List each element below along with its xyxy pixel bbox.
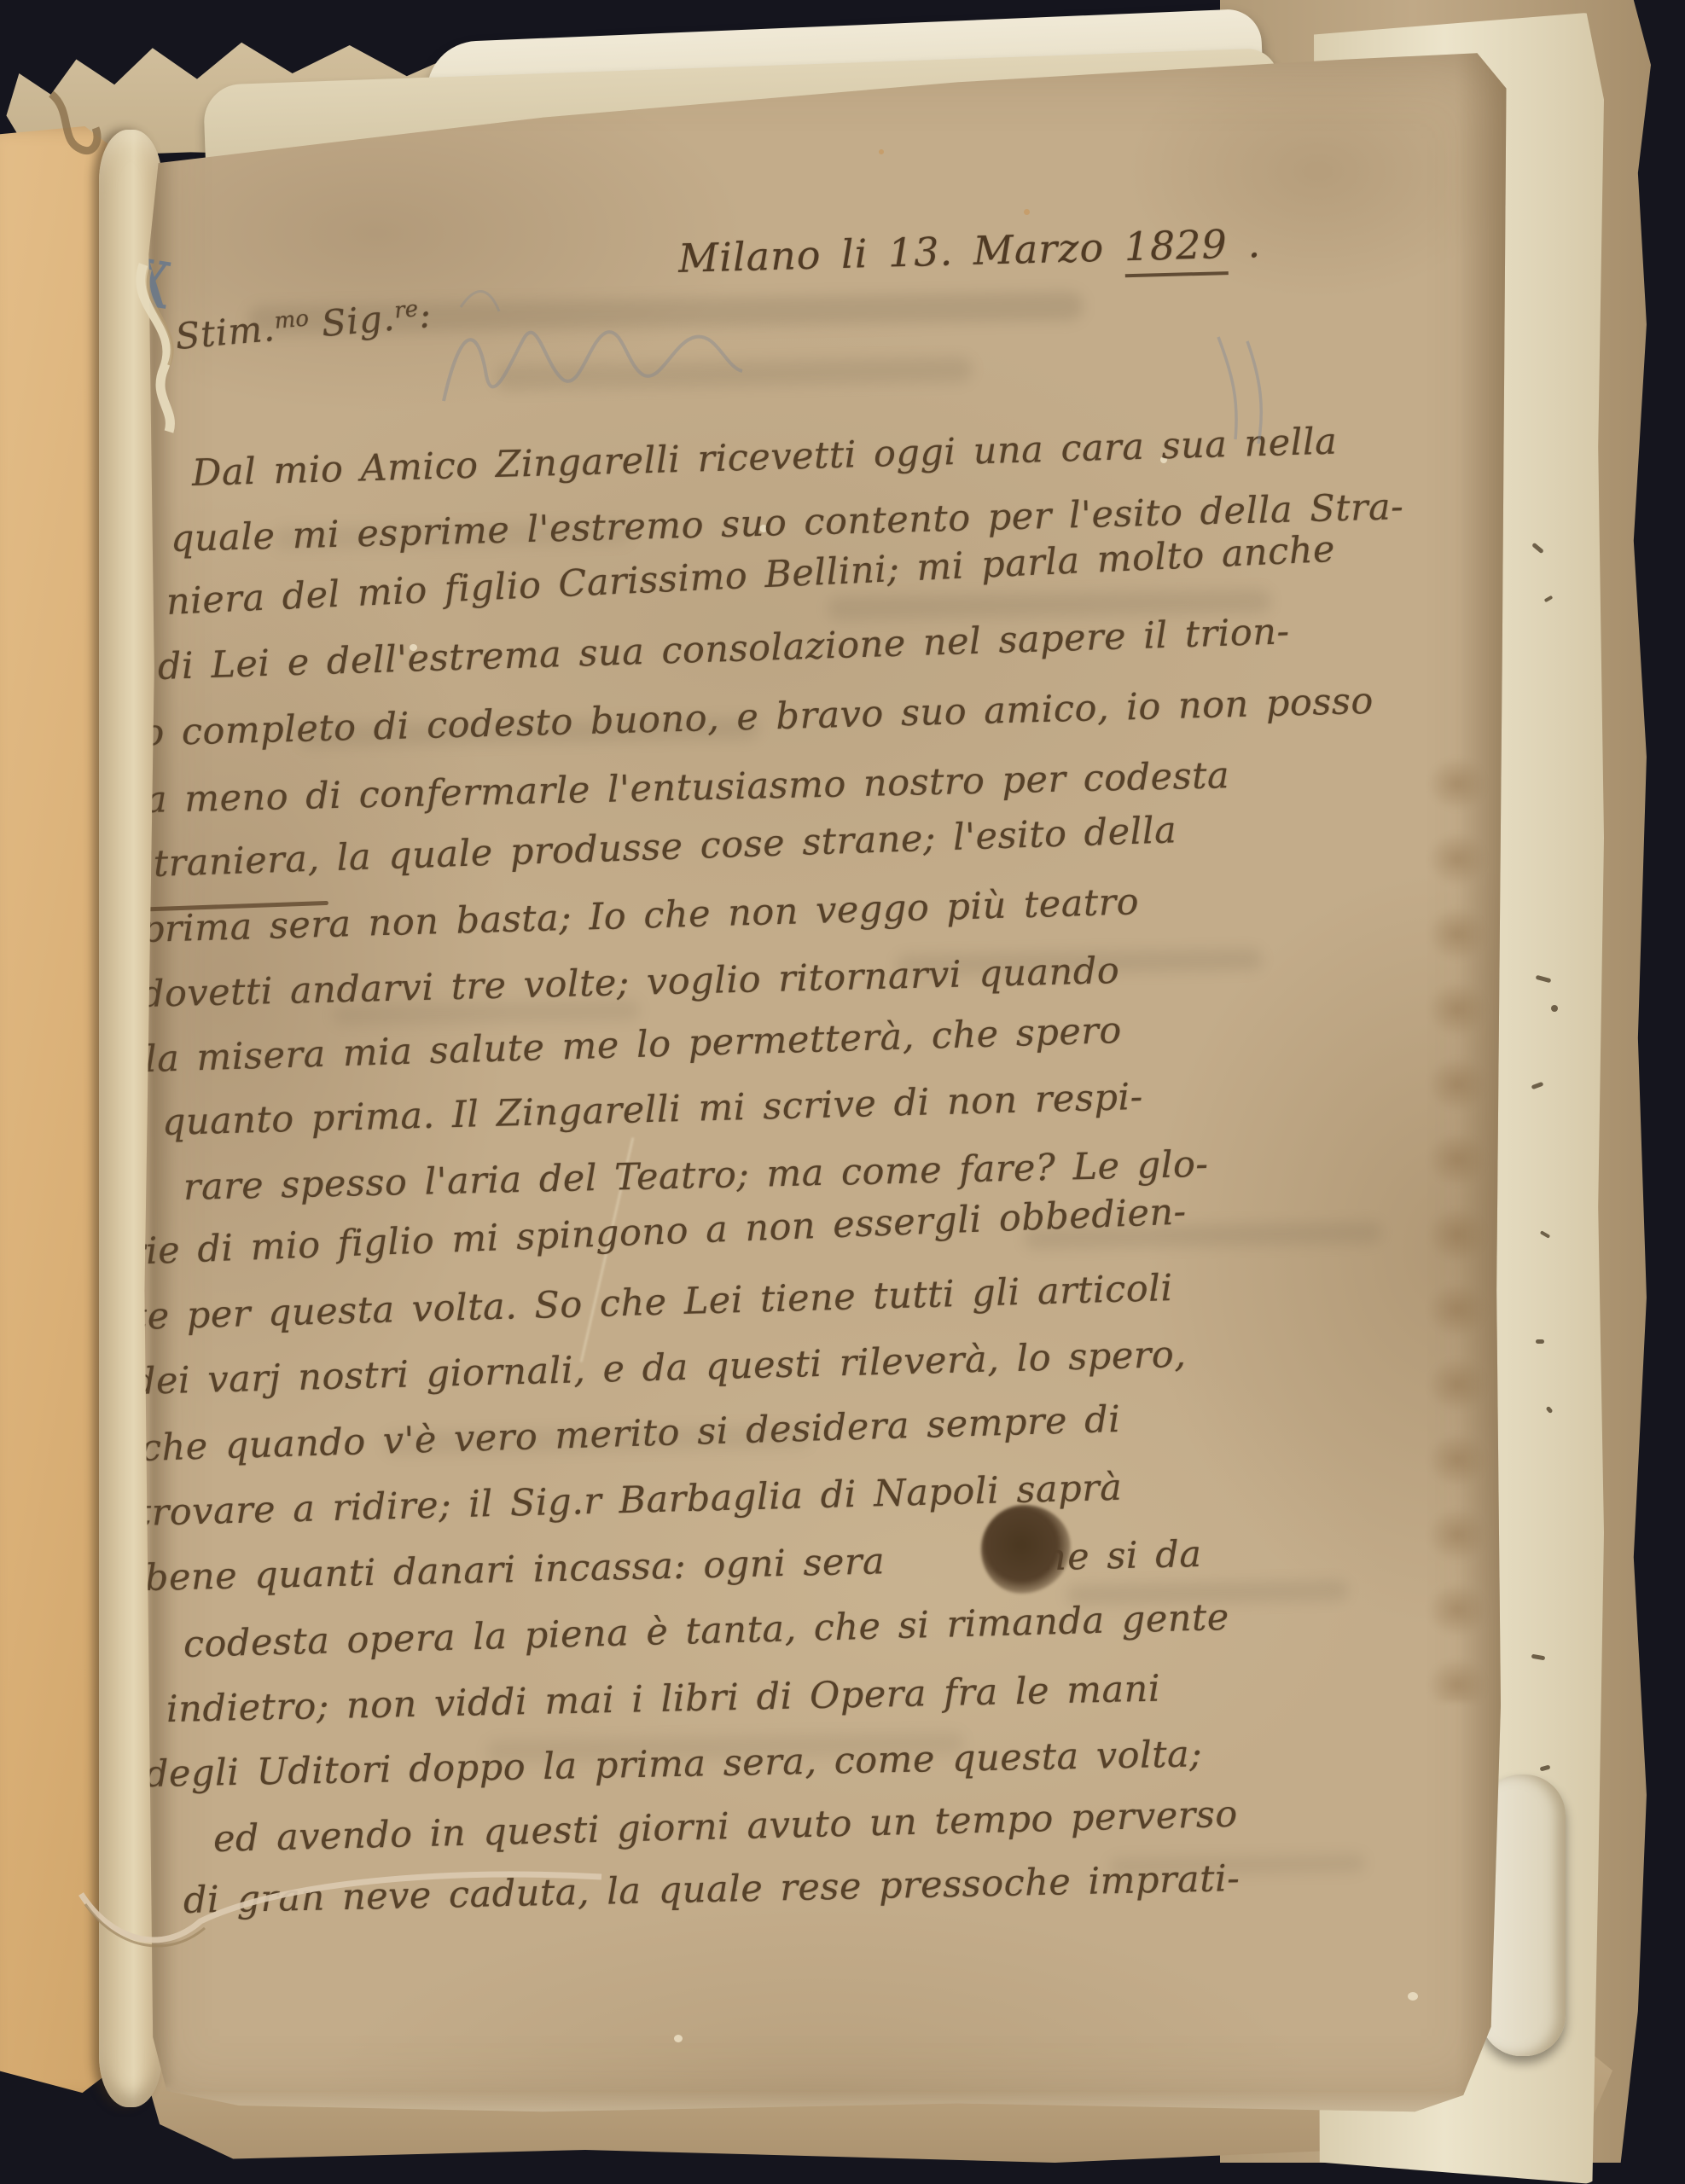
manuscript-line: Straniera, la quale produsse cose strane… bbox=[127, 810, 1177, 886]
salutation-superscript: mo bbox=[273, 305, 310, 334]
manuscript-line: ed avendo in questi giorni avuto un temp… bbox=[212, 1795, 1238, 1861]
water-stains bbox=[1416, 746, 1498, 1702]
salutation-word: Sig. bbox=[307, 297, 397, 346]
manuscript-line: che quando v'è vero merito si desidera s… bbox=[140, 1400, 1121, 1469]
paper-fleck bbox=[879, 149, 884, 154]
manuscript-line: Dal mio Amico Zingarelli ricevetti oggi … bbox=[191, 422, 1338, 495]
manuscript-line: di Lei e dell'estrema sua consolazione n… bbox=[157, 612, 1290, 688]
bleedthrough-ghost bbox=[495, 357, 973, 391]
salutation: Stim.mo Sig.re: bbox=[173, 293, 433, 357]
ink-blot bbox=[981, 1505, 1071, 1594]
dateline-year: 1829 bbox=[1124, 221, 1229, 277]
letter-page: X Milano li 13. Marzo 1829 . Stim.mo Sig… bbox=[128, 47, 1512, 2120]
manuscript-line: di gran neve caduta, la quale rese press… bbox=[183, 1859, 1241, 1921]
dateline-punct: . bbox=[1227, 220, 1262, 267]
paper-fleck bbox=[674, 2035, 683, 2042]
manuscript-line: trovare a ridire; il Sig.r Barbaglia di … bbox=[136, 1468, 1123, 1535]
dateline-place-day: Milano li 13. Marzo bbox=[677, 224, 1124, 282]
paper-fleck bbox=[1408, 1992, 1418, 2001]
manuscript-scan: X Milano li 13. Marzo 1829 . Stim.mo Sig… bbox=[0, 0, 1685, 2184]
manuscript-line: degli Uditori doppo la prima sera, come … bbox=[145, 1734, 1203, 1795]
paper-fleck bbox=[1024, 209, 1030, 215]
manuscript-line: fo completo di codesto buono, e bravo su… bbox=[127, 682, 1374, 755]
manuscript-line: codesta opera la piena è tanta, che si r… bbox=[183, 1598, 1229, 1665]
underpage-ink-mark bbox=[1551, 1005, 1558, 1012]
dateline: Milano li 13. Marzo 1829 . bbox=[677, 220, 1261, 282]
manuscript-line: a meno di confermarle l'entusiasmo nostr… bbox=[144, 756, 1229, 821]
manuscript-line: indietro; non viddi mai i libri di Opera… bbox=[166, 1670, 1161, 1731]
manuscript-line: te per questa volta. So che Lei tiene tu… bbox=[131, 1269, 1173, 1338]
salutation-superscript: re bbox=[393, 296, 419, 323]
manuscript-line: quanto prima. Il Zingarelli mi scrive di… bbox=[161, 1077, 1143, 1143]
manuscript-line: la misera mia salute me lo permetterà, c… bbox=[144, 1011, 1122, 1080]
underpage-ink-mark bbox=[1536, 1339, 1544, 1344]
manuscript-line: dei varj nostri giornali, e da questi ri… bbox=[131, 1335, 1187, 1403]
salutation-word: Stim. bbox=[173, 307, 276, 357]
salutation-punct: : bbox=[417, 293, 433, 336]
manuscript-line: prima sera non basta; Io che non veggo p… bbox=[140, 882, 1139, 950]
